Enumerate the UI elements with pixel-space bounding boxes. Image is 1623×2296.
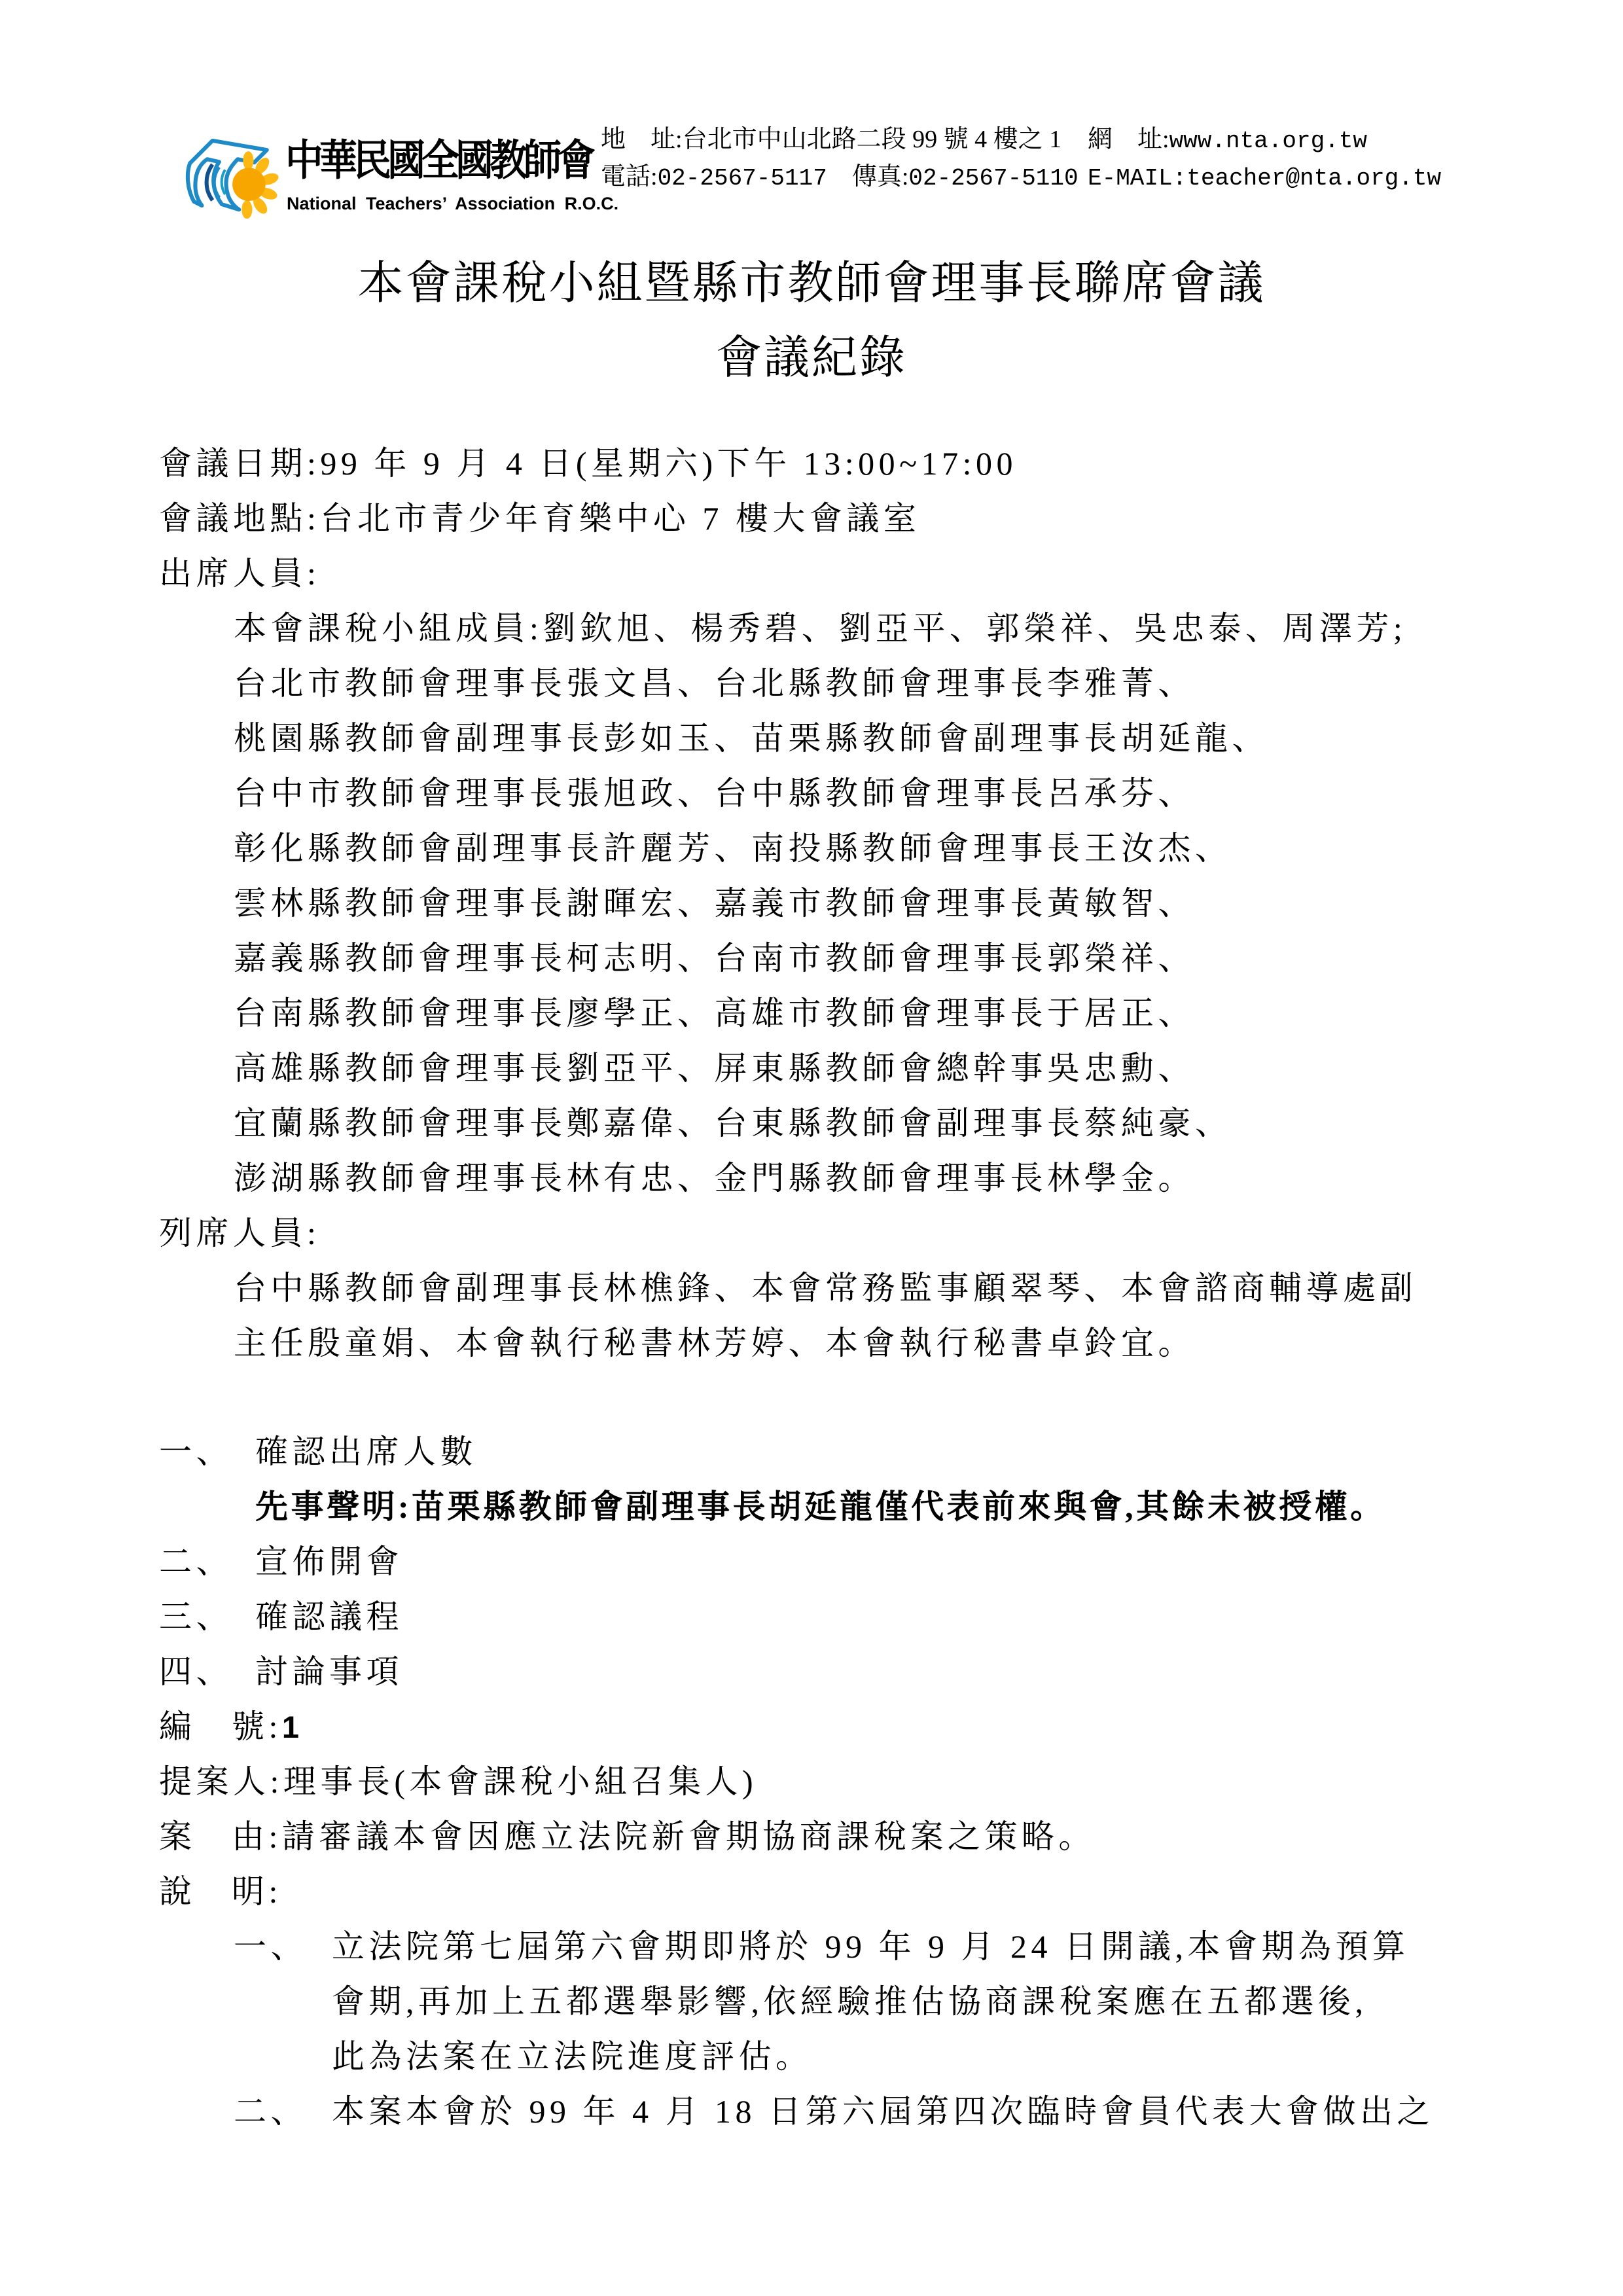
agenda-bold-note: 先事聲明:苗栗縣教師會副理事長胡延龍僅代表前來與會,其餘未被授權。 (159, 1479, 1488, 1534)
subject-text: 請審議本會因應立法院新會期協商課稅案之策略。 (282, 1818, 1096, 1855)
explanation-number: 一、 (234, 1919, 332, 1974)
agenda-number: 三、 (159, 1589, 255, 1644)
observer-line: 主任殷童娟、本會執行秘書林芳婷、本會執行秘書卓鈴宜。 (159, 1316, 1488, 1371)
proposer-line: 提案人:理事長(本會課稅小組召集人) (159, 1754, 1488, 1809)
attendee-line: 台中市教師會理事長張旭政、台中縣教師會理事長呂承芬、 (159, 766, 1488, 821)
subject-line: 案由:請審議本會因應立法院新會期協商課稅案之策略。 (159, 1809, 1488, 1864)
proposal-number-value: 1 (282, 1710, 299, 1744)
address-line: 地 址:台北市中山北路二段 99 號 4 樓之 1 (601, 122, 1088, 159)
observer-line: 台中縣教師會副理事長林樵鋒、本會常務監事顧翠琴、本會諮商輔導處副 (159, 1261, 1488, 1316)
meeting-place-line: 會議地點:台北市青少年育樂中心 7 樓大會議室 (159, 491, 1488, 546)
fax-value: 02-2567-5110 (908, 165, 1078, 192)
attendee-line: 彰化縣教師會副理事長許麗芳、南投縣教師會理事長王汝杰、 (159, 821, 1488, 876)
attendee-line: 高雄縣教師會理事長劉亞平、屏東縣教師會總幹事吳忠勳、 (159, 1041, 1488, 1096)
org-name-zh: 中華民國全國教師會 (285, 126, 592, 187)
contact-block: 地 址:台北市中山北路二段 99 號 4 樓之 1 網 址:www.nta.or… (601, 122, 1441, 196)
observers-label: 列席人員: (159, 1206, 1488, 1261)
agenda-number: 四、 (159, 1644, 255, 1699)
attendee-line: 宜蘭縣教師會理事長鄭嘉偉、台東縣教師會副理事長蔡純豪、 (159, 1096, 1488, 1151)
document-page: 中華民國全國教師會 National Teachers’ Association… (0, 0, 1623, 2296)
attendees-label: 出席人員: (159, 546, 1488, 601)
agenda-item-1: 一、確認出席人數 (159, 1424, 1488, 1479)
agenda-item-2: 二、宣佈開會 (159, 1534, 1488, 1589)
agenda-item-4: 四、討論事項 (159, 1644, 1488, 1699)
email-value: teacher@nta.org.tw (1186, 165, 1441, 192)
agenda-item-3: 三、確認議程 (159, 1589, 1488, 1644)
attendee-line: 嘉義縣教師會理事長柯志明、台南市教師會理事長郭榮祥、 (159, 931, 1488, 986)
meeting-date-line: 會議日期:99 年 9 月 4 日(星期六)下午 13:00~17:00 (159, 436, 1488, 491)
attendee-line: 台北市教師會理事長張文昌、台北縣教師會理事長李雅菁、 (159, 656, 1488, 711)
logo-sun-icon (232, 168, 266, 201)
attendee-line: 台南縣教師會理事長廖學正、高雄市教師會理事長于居正、 (159, 986, 1488, 1041)
nta-logo-icon (174, 124, 280, 221)
agenda-number: 一、 (159, 1424, 255, 1479)
explanation-number: 二、 (234, 2084, 332, 2139)
explanation-item-1: 一、立法院第七屆第六會期即將於 99 年 9 月 24 日開議,本會期為預算 (159, 1919, 1488, 1974)
explanation-label-line: 說明: (159, 1864, 1488, 1919)
agenda-text: 討論事項 (255, 1653, 403, 1690)
blank-line (159, 1371, 1488, 1424)
explanation-item-1-cont: 會期,再加上五都選舉影響,依經驗推估協商課稅案應在五都選後, (159, 1974, 1488, 2029)
phone-fax-line: 電話:02-2567-5117傳真:02-2567-5110 (601, 159, 1088, 196)
agenda-text: 確認出席人數 (255, 1433, 477, 1470)
email-line: E-MAIL:teacher@nta.org.tw (1088, 159, 1441, 196)
document-body: 會議日期:99 年 9 月 4 日(星期六)下午 13:00~17:00 會議地… (159, 436, 1488, 2139)
agenda-number: 二、 (159, 1534, 255, 1589)
attendee-line: 澎湖縣教師會理事長林有忠、金門縣教師會理事長林學金。 (159, 1151, 1488, 1206)
document-subtitle: 會議紀錄 (0, 321, 1623, 387)
attendee-line: 本會課稅小組成員:劉欽旭、楊秀碧、劉亞平、郭榮祥、吳忠泰、周澤芳; (159, 601, 1488, 656)
org-name-en: National Teachers’ Association R.O.C. (287, 194, 618, 214)
contact-row-2: 電話:02-2567-5117傳真:02-2567-5110 E-MAIL:te… (601, 159, 1441, 196)
proposal-number-line: 編號:1 (159, 1699, 1488, 1754)
attendee-line: 桃園縣教師會副理事長彭如玉、苗栗縣教師會副理事長胡延龍、 (159, 711, 1488, 766)
explanation-item-1-cont: 此為法案在立法院進度評估。 (159, 2029, 1488, 2084)
agenda-text: 宣佈開會 (255, 1543, 403, 1580)
website-value: www.nta.org.tw (1169, 128, 1367, 154)
phone-value: 02-2567-5117 (658, 165, 827, 192)
contact-row-1: 地 址:台北市中山北路二段 99 號 4 樓之 1 網 址:www.nta.or… (601, 122, 1441, 159)
website-line: 網 址:www.nta.org.tw (1088, 122, 1367, 159)
agenda-text: 確認議程 (255, 1598, 403, 1635)
document-title: 本會課稅小組暨縣市教師會理事長聯席會議 (0, 246, 1623, 312)
attendee-line: 雲林縣教師會理事長謝暉宏、嘉義市教師會理事長黃敏智、 (159, 876, 1488, 931)
explanation-item-2: 二、本案本會於 99 年 4 月 18 日第六屆第四次臨時會員代表大會做出之 (159, 2084, 1488, 2139)
